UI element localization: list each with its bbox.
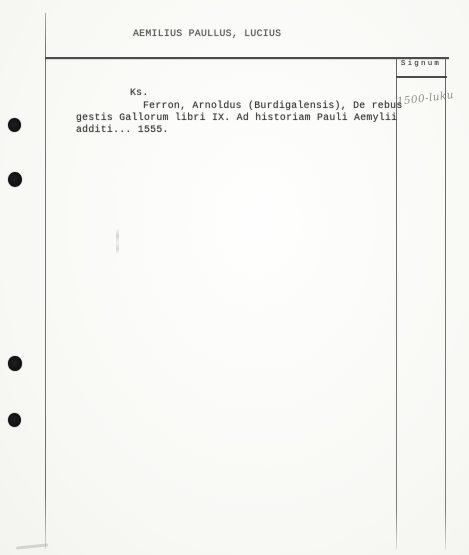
scan-smudge [116,228,119,254]
record-text-line: Ks. [130,87,149,98]
scanned-page: AEMILIUS PAULLUS, LUCIUS Signum 1500-luk… [0,0,469,555]
card-right-border [445,58,446,550]
record-text-line: Ferron, Arnoldus (Burdigalensis), De reb… [143,100,403,111]
punch-hole-dot [8,118,21,132]
signum-column-divider [396,58,397,550]
record-text-line: gestis Gallorum libri IX. Ad historiam P… [76,112,397,123]
scan-smudge [16,543,48,549]
signum-header-underline [396,76,447,78]
punch-hole-dot [8,356,22,371]
punch-hole-dot [8,413,21,427]
left-margin-rule [45,13,46,549]
catalog-heading: AEMILIUS PAULLUS, LUCIUS [133,28,281,39]
punch-hole-dot [8,172,22,187]
signum-column-header: Signum [396,60,446,68]
signum-handwritten-value: 1500-luku [396,88,459,107]
record-text-line: additi... 1555. [76,124,169,135]
card-top-border [45,57,449,59]
